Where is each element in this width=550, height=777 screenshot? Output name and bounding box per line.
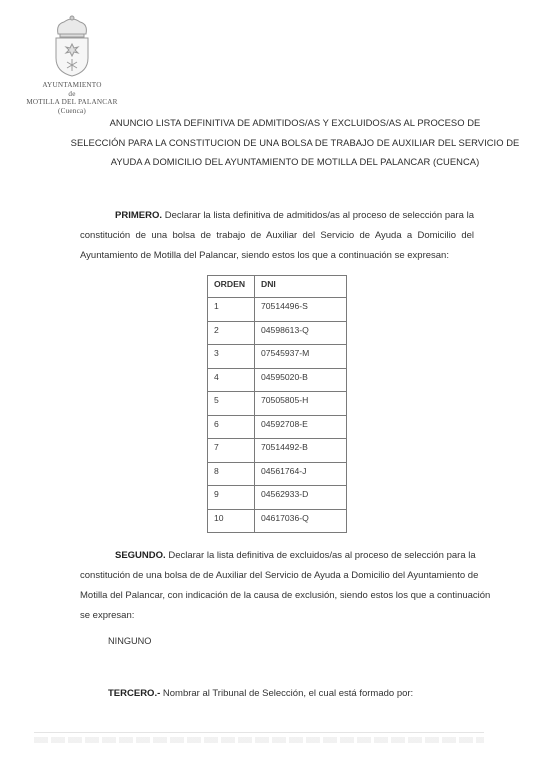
- table-header-row: ORDEN DNI: [208, 276, 347, 298]
- title-line: AYUDA A DOMICILIO DEL AYUNTAMIENTO DE MO…: [60, 152, 530, 172]
- footer-faint-text: [34, 737, 484, 743]
- orden-cell: 2: [208, 321, 255, 345]
- title-line: ANUNCIO LISTA DEFINITIVA DE ADMITIDOS/AS…: [60, 113, 530, 133]
- orden-cell: 10: [208, 509, 255, 533]
- table-row: 307545937-M: [208, 345, 347, 369]
- column-header-dni: DNI: [255, 276, 347, 298]
- column-header-orden: ORDEN: [208, 276, 255, 298]
- caption-line: de: [18, 90, 126, 99]
- table-row: 1004617036-Q: [208, 509, 347, 533]
- orden-cell: 7: [208, 439, 255, 463]
- primero-heading: PRIMERO.: [115, 210, 162, 221]
- table-row: 404595020-B: [208, 368, 347, 392]
- dni-cell: 04592708-E: [255, 415, 347, 439]
- footer-divider: [34, 732, 484, 733]
- table-row: 570505805-H: [208, 392, 347, 416]
- orden-cell: 9: [208, 486, 255, 510]
- dni-cell: 04595020-B: [255, 368, 347, 392]
- table-row: 170514496-S: [208, 298, 347, 322]
- orden-cell: 8: [208, 462, 255, 486]
- municipality-caption: AYUNTAMIENTO de MOTILLA DEL PALANCAR (Cu…: [18, 81, 126, 115]
- orden-cell: 4: [208, 368, 255, 392]
- caption-line: MOTILLA DEL PALANCAR: [18, 98, 126, 107]
- primero-line: Ayuntamiento de Motilla del Palancar, si…: [80, 246, 474, 266]
- table-row: 770514492-B: [208, 439, 347, 463]
- primero-text: Declarar la lista definitiva de admitido…: [162, 210, 474, 221]
- orden-cell: 3: [208, 345, 255, 369]
- segundo-heading: SEGUNDO.: [115, 550, 166, 561]
- caption-line: AYUNTAMIENTO: [18, 81, 126, 90]
- segundo-text: Declarar la lista definitiva de excluido…: [166, 550, 476, 561]
- title-line: SELECCIÓN PARA LA CONSTITUCION DE UNA BO…: [60, 133, 530, 153]
- dni-cell: 04561764-J: [255, 462, 347, 486]
- dni-cell: 70514492-B: [255, 439, 347, 463]
- dni-cell: 04562933-D: [255, 486, 347, 510]
- document-title: ANUNCIO LISTA DEFINITIVA DE ADMITIDOS/AS…: [60, 113, 530, 172]
- orden-cell: 1: [208, 298, 255, 322]
- dni-cell: 70505805-H: [255, 392, 347, 416]
- section-primero: PRIMERO. Declarar la lista definitiva de…: [80, 206, 474, 266]
- tercero-text: Nombrar al Tribunal de Selección, el cua…: [160, 688, 413, 699]
- table-row: 804561764-J: [208, 462, 347, 486]
- primero-line: constitución de una bolsa de trabajo de …: [80, 226, 474, 246]
- table-row: 904562933-D: [208, 486, 347, 510]
- segundo-line: SEGUNDO. Declarar la lista definitiva de…: [80, 546, 474, 566]
- dni-cell: 04617036-Q: [255, 509, 347, 533]
- dni-cell: 70514496-S: [255, 298, 347, 322]
- segundo-line: se expresan:: [80, 606, 474, 626]
- dni-cell: 04598613-Q: [255, 321, 347, 345]
- orden-cell: 5: [208, 392, 255, 416]
- admitted-table: ORDEN DNI 170514496-S204598613-Q30754593…: [207, 275, 347, 533]
- dni-cell: 07545937-M: [255, 345, 347, 369]
- orden-cell: 6: [208, 415, 255, 439]
- table-row: 604592708-E: [208, 415, 347, 439]
- tercero-heading: TERCERO.-: [108, 688, 160, 699]
- table-row: 204598613-Q: [208, 321, 347, 345]
- section-segundo: SEGUNDO. Declarar la lista definitiva de…: [80, 546, 474, 626]
- segundo-line: constitución de una bolsa de de Auxiliar…: [80, 566, 474, 586]
- segundo-line: Motilla del Palancar, con indicación de …: [80, 586, 474, 606]
- section-tercero: TERCERO.- Nombrar al Tribunal de Selecci…: [108, 688, 413, 699]
- primero-line: PRIMERO. Declarar la lista definitiva de…: [80, 206, 474, 226]
- coat-of-arms-icon: [50, 14, 94, 78]
- excluded-result: NINGUNO: [108, 636, 151, 646]
